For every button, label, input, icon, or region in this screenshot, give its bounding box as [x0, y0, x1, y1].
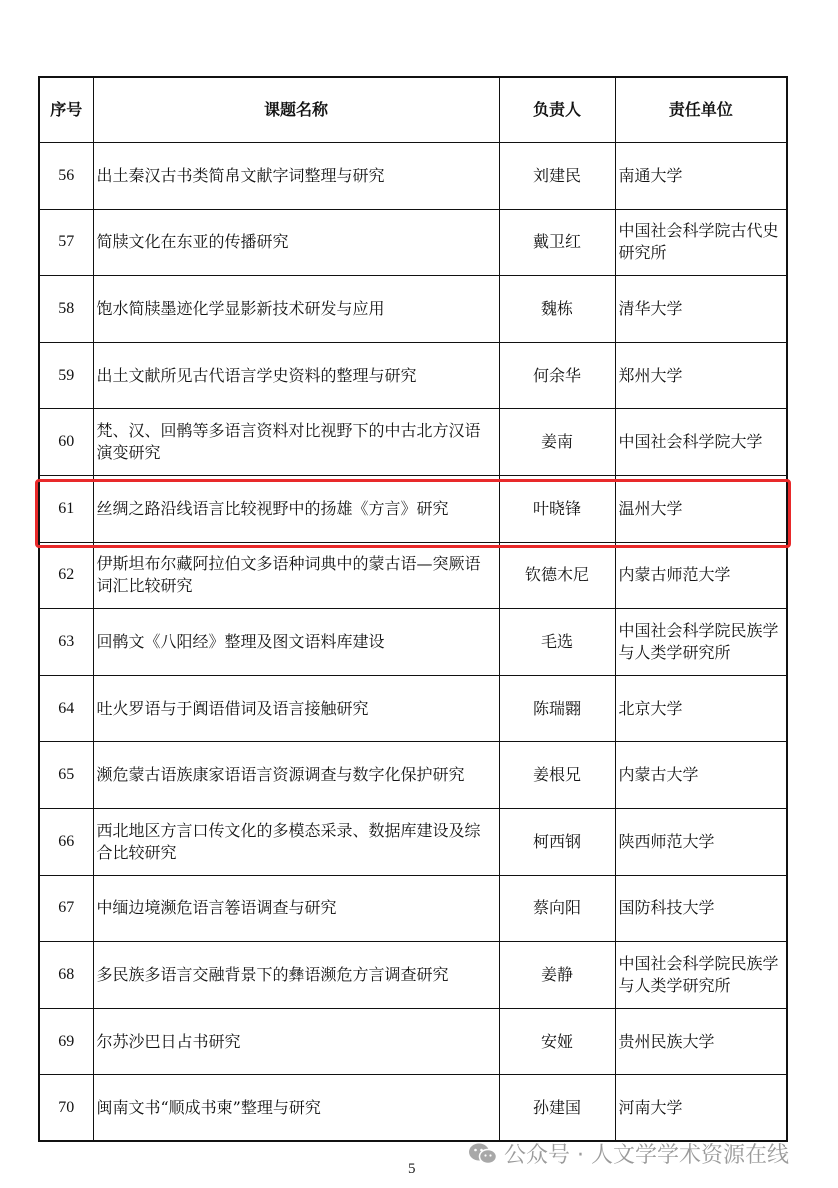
wechat-icon — [468, 1142, 498, 1166]
cell-unit: 内蒙古大学 — [615, 742, 787, 809]
page-number: 5 — [408, 1161, 416, 1178]
cell-num: 60 — [39, 409, 93, 476]
header-unit: 责任单位 — [615, 77, 787, 143]
cell-person: 钦德木尼 — [499, 542, 615, 609]
cell-num: 65 — [39, 742, 93, 809]
cell-title: 梵、汉、回鹘等多语言资料对比视野下的中古北方汉语演变研究 — [93, 409, 499, 476]
cell-unit: 中国社会科学院民族学与人类学研究所 — [615, 609, 787, 676]
cell-title: 中缅边境濒危语言箞语调查与研究 — [93, 875, 499, 942]
cell-unit: 中国社会科学院古代史研究所 — [615, 209, 787, 276]
cell-num: 70 — [39, 1075, 93, 1142]
cell-num: 61 — [39, 475, 93, 542]
cell-num: 69 — [39, 1008, 93, 1075]
cell-num: 68 — [39, 942, 93, 1009]
cell-title: 回鹘文《八阳经》整理及图文语料库建设 — [93, 609, 499, 676]
cell-person: 刘建民 — [499, 143, 615, 210]
header-num: 序号 — [39, 77, 93, 143]
cell-num: 63 — [39, 609, 93, 676]
cell-title: 出土秦汉古书类简帛文献字词整理与研究 — [93, 143, 499, 210]
cell-unit: 郑州大学 — [615, 342, 787, 409]
table-row: 66 西北地区方言口传文化的多模态采录、数据库建设及综合比较研究 柯西钢 陕西师… — [39, 808, 787, 875]
table-row: 57 简牍文化在东亚的传播研究 戴卫红 中国社会科学院古代史研究所 — [39, 209, 787, 276]
cell-unit: 河南大学 — [615, 1075, 787, 1142]
cell-person: 柯西钢 — [499, 808, 615, 875]
table-row: 64 吐火罗语与于阗语借词及语言接触研究 陈瑞翾 北京大学 — [39, 675, 787, 742]
cell-person: 姜静 — [499, 942, 615, 1009]
cell-title: 多民族多语言交融背景下的彝语濒危方言调查研究 — [93, 942, 499, 1009]
header-title: 课题名称 — [93, 77, 499, 143]
table-body: 56 出土秦汉古书类简帛文献字词整理与研究 刘建民 南通大学 57 简牍文化在东… — [39, 143, 787, 1142]
cell-title: 尔苏沙巴日占书研究 — [93, 1008, 499, 1075]
cell-unit: 清华大学 — [615, 276, 787, 343]
table-row: 63 回鹘文《八阳经》整理及图文语料库建设 毛选 中国社会科学院民族学与人类学研… — [39, 609, 787, 676]
cell-title: 出土文献所见古代语言学史资料的整理与研究 — [93, 342, 499, 409]
cell-num: 62 — [39, 542, 93, 609]
watermark-text: 公众号 · 人文学学术资源在线 — [504, 1138, 789, 1169]
cell-unit: 内蒙古师范大学 — [615, 542, 787, 609]
cell-person: 陈瑞翾 — [499, 675, 615, 742]
table-row: 67 中缅边境濒危语言箞语调查与研究 蔡向阳 国防科技大学 — [39, 875, 787, 942]
table-row: 59 出土文献所见古代语言学史资料的整理与研究 何余华 郑州大学 — [39, 342, 787, 409]
cell-num: 59 — [39, 342, 93, 409]
cell-person: 毛选 — [499, 609, 615, 676]
cell-unit: 温州大学 — [615, 475, 787, 542]
table-row: 68 多民族多语言交融背景下的彝语濒危方言调查研究 姜静 中国社会科学院民族学与… — [39, 942, 787, 1009]
cell-person: 姜根兄 — [499, 742, 615, 809]
cell-num: 66 — [39, 808, 93, 875]
table-row-highlighted: 61 丝绸之路沿线语言比较视野中的扬雄《方言》研究 叶晓锋 温州大学 — [39, 475, 787, 542]
cell-unit: 中国社会科学院大学 — [615, 409, 787, 476]
cell-num: 56 — [39, 143, 93, 210]
cell-person: 魏栋 — [499, 276, 615, 343]
table-row: 62 伊斯坦布尔藏阿拉伯文多语种词典中的蒙古语—突厥语词汇比较研究 钦德木尼 内… — [39, 542, 787, 609]
cell-title: 伊斯坦布尔藏阿拉伯文多语种词典中的蒙古语—突厥语词汇比较研究 — [93, 542, 499, 609]
cell-person: 何余华 — [499, 342, 615, 409]
table-row: 56 出土秦汉古书类简帛文献字词整理与研究 刘建民 南通大学 — [39, 143, 787, 210]
cell-person: 姜南 — [499, 409, 615, 476]
cell-title: 西北地区方言口传文化的多模态采录、数据库建设及综合比较研究 — [93, 808, 499, 875]
cell-title: 简牍文化在东亚的传播研究 — [93, 209, 499, 276]
cell-unit: 南通大学 — [615, 143, 787, 210]
table-row: 60 梵、汉、回鹘等多语言资料对比视野下的中古北方汉语演变研究 姜南 中国社会科… — [39, 409, 787, 476]
cell-unit: 国防科技大学 — [615, 875, 787, 942]
cell-num: 57 — [39, 209, 93, 276]
cell-person: 戴卫红 — [499, 209, 615, 276]
table-header-row: 序号 课题名称 负责人 责任单位 — [39, 77, 787, 143]
project-table: 序号 课题名称 负责人 责任单位 56 出土秦汉古书类简帛文献字词整理与研究 刘… — [38, 76, 788, 1142]
document-page: 序号 课题名称 负责人 责任单位 56 出土秦汉古书类简帛文献字词整理与研究 刘… — [0, 0, 838, 1188]
table-row: 69 尔苏沙巴日占书研究 安娅 贵州民族大学 — [39, 1008, 787, 1075]
cell-num: 64 — [39, 675, 93, 742]
cell-title: 吐火罗语与于阗语借词及语言接触研究 — [93, 675, 499, 742]
cell-unit: 北京大学 — [615, 675, 787, 742]
cell-unit: 陕西师范大学 — [615, 808, 787, 875]
cell-title: 闽南文书“顺成书柬”整理与研究 — [93, 1075, 499, 1142]
cell-num: 58 — [39, 276, 93, 343]
cell-title: 饱水简牍墨迹化学显影新技术研发与应用 — [93, 276, 499, 343]
cell-person: 叶晓锋 — [499, 475, 615, 542]
cell-person: 孙建国 — [499, 1075, 615, 1142]
header-person: 负责人 — [499, 77, 615, 143]
cell-unit: 中国社会科学院民族学与人类学研究所 — [615, 942, 787, 1009]
cell-person: 蔡向阳 — [499, 875, 615, 942]
watermark: 公众号 · 人文学学术资源在线 — [468, 1138, 789, 1169]
table-row: 65 濒危蒙古语族康家语语言资源调查与数字化保护研究 姜根兄 内蒙古大学 — [39, 742, 787, 809]
table-row: 70 闽南文书“顺成书柬”整理与研究 孙建国 河南大学 — [39, 1075, 787, 1142]
cell-title: 濒危蒙古语族康家语语言资源调查与数字化保护研究 — [93, 742, 499, 809]
cell-num: 67 — [39, 875, 93, 942]
table-row: 58 饱水简牍墨迹化学显影新技术研发与应用 魏栋 清华大学 — [39, 276, 787, 343]
cell-person: 安娅 — [499, 1008, 615, 1075]
cell-title: 丝绸之路沿线语言比较视野中的扬雄《方言》研究 — [93, 475, 499, 542]
cell-unit: 贵州民族大学 — [615, 1008, 787, 1075]
